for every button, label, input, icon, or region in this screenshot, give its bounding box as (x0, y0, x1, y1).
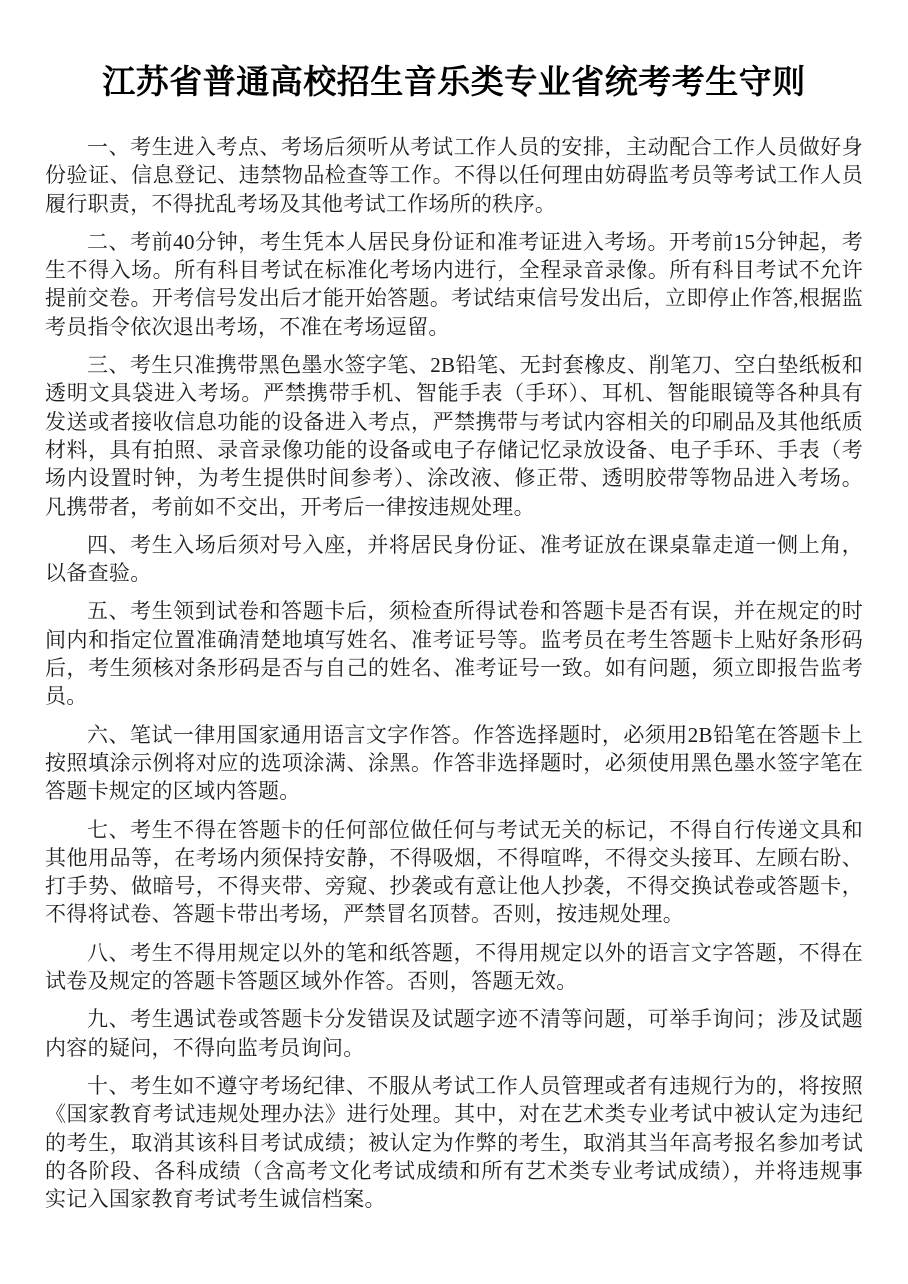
rule-paragraph: 四、考生入场后须对号入座，并将居民身份证、准考证放在课桌靠走道一侧上角，以备查验… (45, 531, 863, 588)
rule-paragraph: 一、考生进入考点、考场后须听从考试工作人员的安排，主动配合工作人员做好身份验证、… (45, 133, 863, 218)
rule-paragraph: 三、考生只准携带黑色墨水签字笔、2B铅笔、无封套橡皮、削笔刀、空白垫纸板和透明文… (45, 351, 863, 521)
rule-paragraph: 九、考生遇试卷或答题卡分发错误及试题字迹不清等问题，可举手询问；涉及试题内容的疑… (45, 1005, 863, 1062)
rule-paragraph: 六、笔试一律用国家通用语言文字作答。作答选择题时，必须用2B铅笔在答题卡上按照填… (45, 721, 863, 806)
rule-paragraph: 八、考生不得用规定以外的笔和纸答题，不得用规定以外的语言文字答题，不得在试卷及规… (45, 939, 863, 996)
document-title: 江苏省普通高校招生音乐类专业省统考考生守则 (45, 62, 863, 102)
rules-list: 一、考生进入考点、考场后须听从考试工作人员的安排，主动配合工作人员做好身份验证、… (45, 133, 863, 1213)
rule-paragraph: 七、考生不得在答题卡的任何部位做任何与考试无关的标记，不得自行传递文具和其他用品… (45, 816, 863, 929)
rule-paragraph: 五、考生领到试卷和答题卡后，须检查所得试卷和答题卡是否有误，并在规定的时间内和指… (45, 597, 863, 710)
rule-paragraph: 二、考前40分钟，考生凭本人居民身份证和准考证进入考场。开考前15分钟起，考生不… (45, 228, 863, 341)
rule-paragraph: 十、考生如不遵守考场纪律、不服从考试工作人员管理或者有违规行为的，将按照《国家教… (45, 1072, 863, 1213)
document-page: 江苏省普通高校招生音乐类专业省统考考生守则 一、考生进入考点、考场后须听从考试工… (0, 0, 908, 1284)
